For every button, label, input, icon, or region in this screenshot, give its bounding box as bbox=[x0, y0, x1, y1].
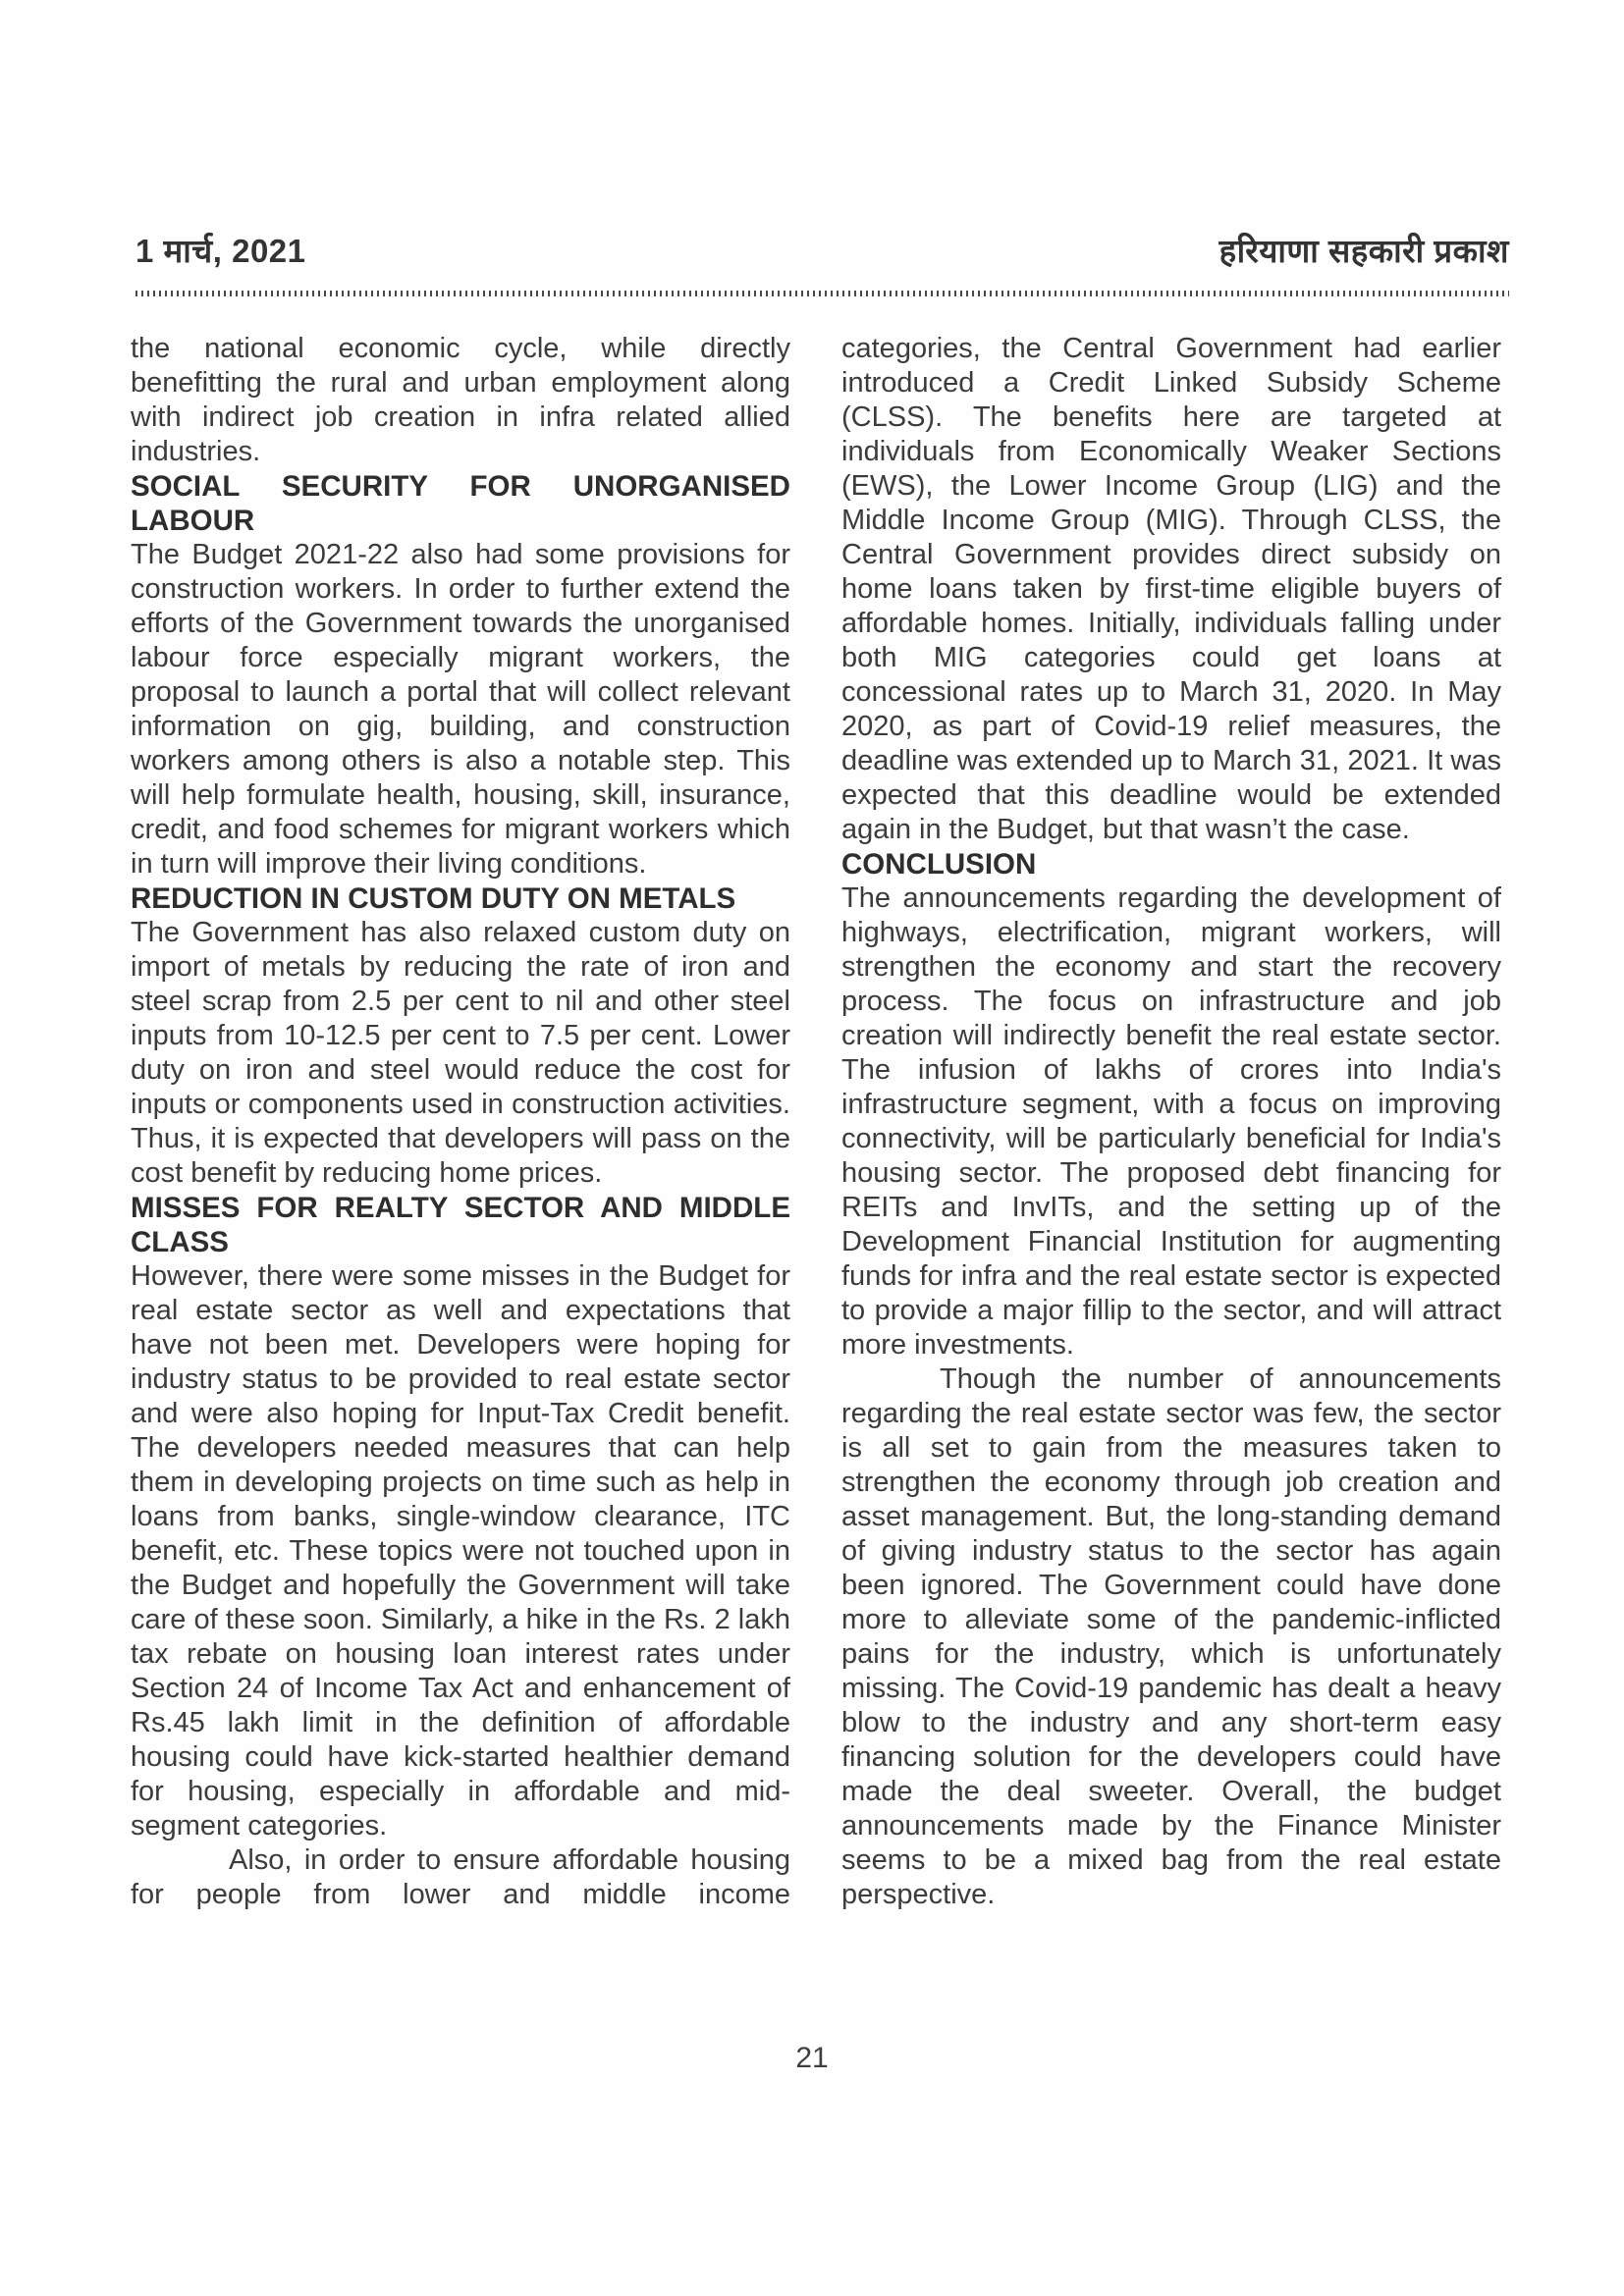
right-column: categories, the Central Government had e… bbox=[841, 332, 1501, 1912]
publication-title: हरियाणा सहकारी प्रकाश bbox=[1219, 228, 1509, 272]
paragraph-clss: categories, the Central Government had e… bbox=[841, 332, 1501, 847]
paragraph-misses: However, there were some misses in the B… bbox=[131, 1259, 790, 1843]
issue-date: 1 मार्च, 2021 bbox=[135, 228, 306, 272]
magazine-page: 1 मार्च, 2021 हरियाणा सहकारी प्रकाश the … bbox=[0, 0, 1624, 2296]
page-number: 21 bbox=[0, 2042, 1624, 2075]
section-heading-misses: MISSES FOR REALTY SECTOR AND MIDDLE CLAS… bbox=[131, 1191, 790, 1259]
page-header: 1 मार्च, 2021 हरियाणा सहकारी प्रकाश bbox=[135, 228, 1509, 272]
paragraph-affordable-housing: Also, in order to ensure affordable hous… bbox=[131, 1843, 790, 1912]
paragraph-custom-duty: The Government has also relaxed custom d… bbox=[131, 916, 790, 1191]
dotted-divider bbox=[135, 291, 1509, 296]
paragraph-social-security: The Budget 2021-22 also had some provisi… bbox=[131, 538, 790, 881]
section-heading-conclusion: CONCLUSION bbox=[841, 847, 1501, 881]
left-column: the national economic cycle, while direc… bbox=[131, 332, 790, 1912]
paragraph-closing: Though the number of announcements regar… bbox=[841, 1362, 1501, 1912]
paragraph-conclusion: The announcements regarding the developm… bbox=[841, 881, 1501, 1362]
section-heading-custom-duty: REDUCTION IN CUSTOM DUTY ON METALS bbox=[131, 881, 790, 916]
section-heading-social-security: SOCIAL SECURITY FOR UNORGANISED LABOUR bbox=[131, 469, 790, 538]
paragraph-continuation: the national economic cycle, while direc… bbox=[131, 332, 790, 469]
article-body: the national economic cycle, while direc… bbox=[131, 332, 1501, 1912]
